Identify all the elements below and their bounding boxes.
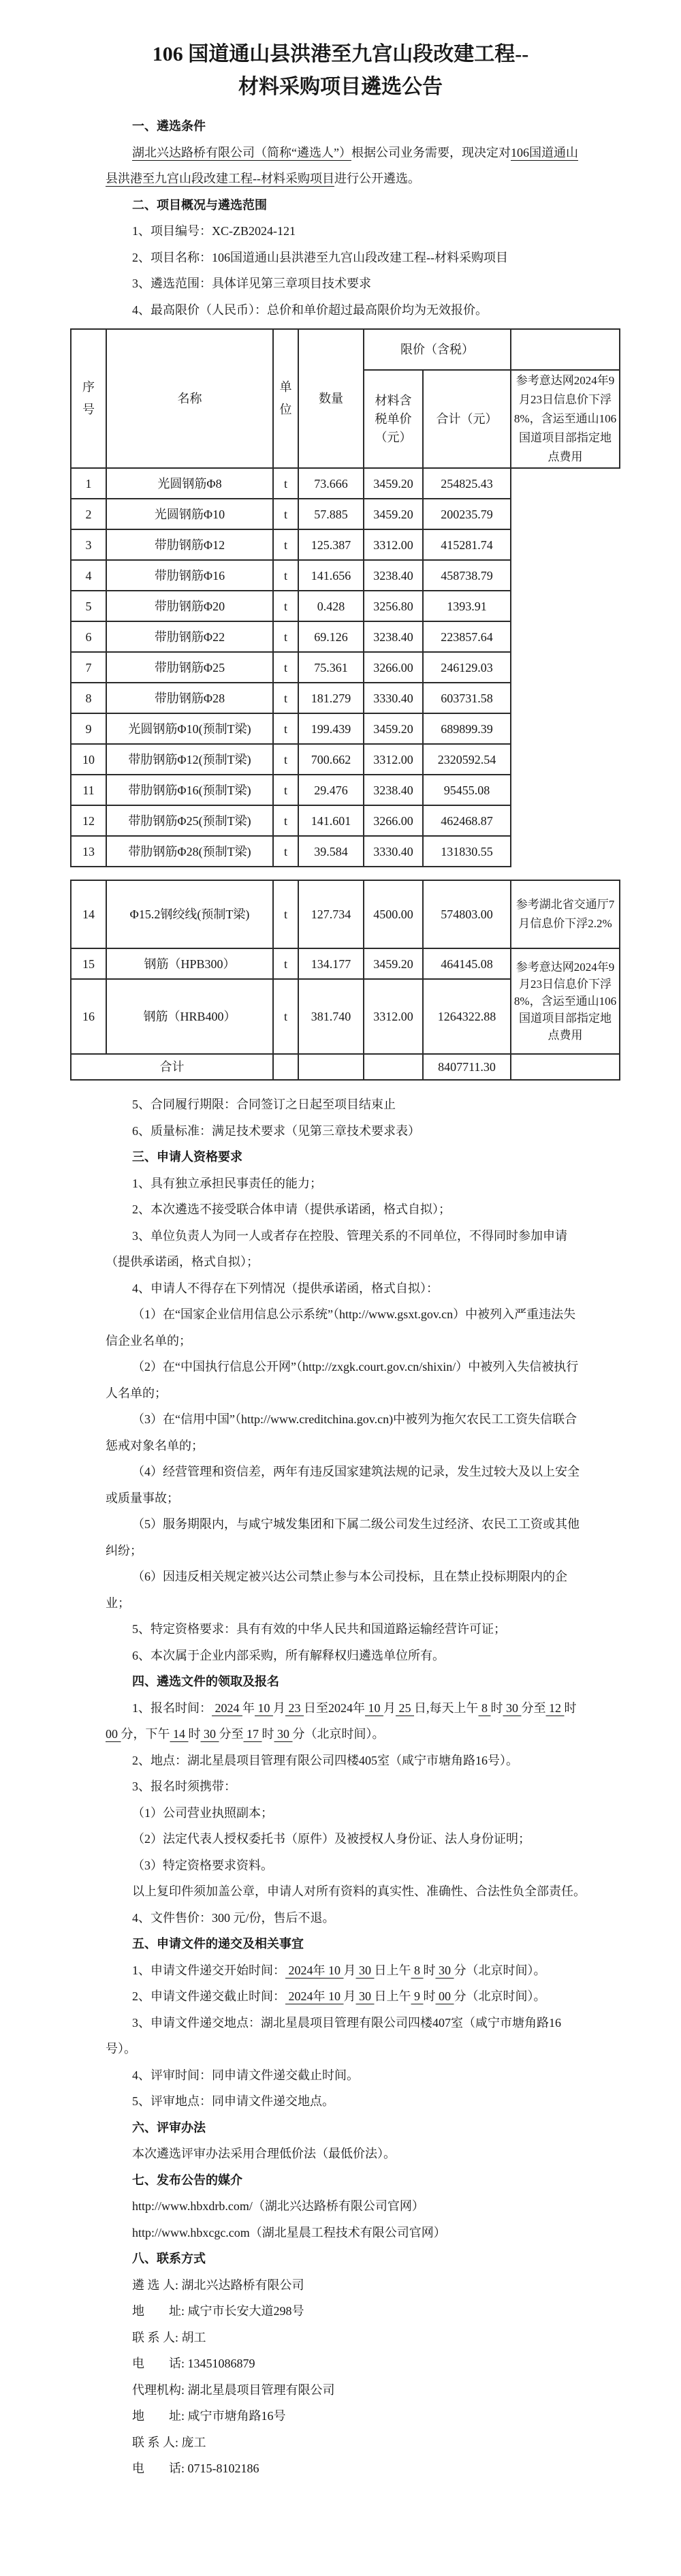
serial-cell: 6 (71, 621, 106, 652)
unit-cell: t (273, 468, 298, 499)
total-cell: 246129.03 (423, 652, 511, 683)
unit-price-cell: 4500.00 (364, 880, 423, 948)
text-run: 一、遴选条件 (132, 119, 206, 133)
total-cell: 95455.08 (423, 775, 511, 805)
serial-cell: 14 (71, 880, 106, 948)
text-run: 日至2024年 (304, 1701, 365, 1715)
header-unit-price-label: 材料含税单价（元） (374, 392, 413, 447)
total-cell: 689899.39 (423, 713, 511, 744)
underlined-text: 10 (255, 1701, 273, 1715)
paragraph: http://www.hbxcgc.com（湖北星晨工程技术有限公司官网） (106, 2220, 586, 2246)
paragraph: （1）公司营业执照副本； (106, 1800, 586, 1827)
total-cell: 574803.00 (423, 880, 511, 948)
paragraph: （1）在“国家企业信用信息公示系统”（http://www.gsxt.gov.c… (106, 1301, 586, 1354)
text-run: 3、申请文件递交地点：湖北星晨项目管理有限公司四楼407室（咸宁市塘角路16号）… (106, 2016, 561, 2056)
total-cell: 415281.74 (423, 529, 511, 560)
text-run: 本次遴选评审办法采用合理低价法（最低价法）。 (132, 2147, 396, 2160)
paragraph: 遴 选 人: 湖北兴达路桥有限公司 (106, 2272, 586, 2299)
table-row: 13带肋钢筋Φ28(预制T梁)t39.5843330.40131830.55 (71, 836, 620, 867)
name-cell: 钢筋（HRB400） (106, 979, 273, 1054)
text-run: 1、申请文件递交开始时间： (132, 1964, 285, 1977)
text-run: 日,每天上午 (414, 1701, 479, 1715)
text-run: 地 址: 咸宁市塘角路16号 (132, 2409, 286, 2423)
underlined-text: 25 (396, 1701, 414, 1715)
total-cell: 1393.91 (423, 591, 511, 621)
text-run: （4）经营管理和资信差，两年有违反国家建筑法规的记录，发生过较大及以上安全或质量… (106, 1465, 580, 1505)
table-row: 11带肋钢筋Φ16(预制T梁)t29.4763238.4095455.08 (71, 775, 620, 805)
section-heading: 六、评审办法 (106, 2115, 586, 2141)
text-run: 6、本次属于企业内部采购，所有解释权归遴选单位所有。 (132, 1649, 445, 1662)
text-run: （6）因违反相关规定被兴达公司禁止参与本公司投标，且在禁止投标期限内的企业； (106, 1570, 567, 1610)
text-run: 时 (189, 1727, 201, 1741)
underlined-text: 10 (365, 1701, 383, 1715)
name-cell: 带肋钢筋Φ25 (106, 652, 273, 683)
paragraph: 3、单位负责人为同一人或者存在控股、管理关系的不同单位，不得同时参加申请（提供承… (106, 1223, 586, 1275)
text-run: 八、联系方式 (132, 2252, 206, 2265)
qty-cell: 141.656 (298, 560, 364, 591)
name-cell: 带肋钢筋Φ25(预制T梁) (106, 805, 273, 836)
text-run: 4、申请人不得存在下列情况（提供承诺函，格式自拟）： (132, 1282, 439, 1295)
header-serial: 序号 (71, 329, 106, 468)
name-cell: 带肋钢筋Φ28(预制T梁) (106, 836, 273, 867)
text-run: 4、评审时间：同申请文件递交截止时间。 (132, 2068, 359, 2082)
name-cell: 带肋钢筋Φ16(预制T梁) (106, 775, 273, 805)
paragraph: 2、本次遴选不接受联合体申请（提供承诺函，格式自拟）； (106, 1196, 586, 1223)
text-run: 日上午 (375, 1989, 411, 2003)
unit-cell: t (273, 713, 298, 744)
paragraph: （6）因违反相关规定被兴达公司禁止参与本公司投标，且在禁止投标期限内的企业； (106, 1564, 586, 1616)
serial-cell: 5 (71, 591, 106, 621)
text-run: 时 (565, 1701, 577, 1715)
price-table-part2: 14Φ15.2钢绞线(预制T梁)t127.7344500.00574803.00… (70, 880, 620, 1081)
text-run: 4、文件售价：300 元/份，售后不退。 (132, 1911, 335, 1925)
text-run: （5）服务期限内，与咸宁城发集团和下属二级公司发生过经济、农民工工资或其他纠纷； (106, 1517, 580, 1557)
header-qty: 数量 (298, 329, 364, 468)
paragraph: http://www.hbxdrb.com/（湖北兴达路桥有限公司官网） (106, 2193, 586, 2220)
header-total: 合计（元） (423, 370, 511, 468)
paragraph: 4、最高限价（人民币）：总价和单价超过最高限价均为无效报价。 (106, 297, 586, 324)
name-cell: 光圆钢筋Φ8 (106, 468, 273, 499)
paragraph: 电 话: 0715-8102186 (106, 2455, 586, 2482)
unit-cell (273, 1054, 298, 1080)
name-cell: 光圆钢筋Φ10 (106, 499, 273, 529)
paragraph: （2）在“中国执行信息公开网”（http://zxgk.court.gov.cn… (106, 1354, 586, 1406)
paragraph: 地 址: 咸宁市塘角路16号 (106, 2403, 586, 2430)
paragraph: （3）在“信用中国”（http://www.creditchina.gov.cn… (106, 1406, 586, 1459)
underlined-text: 8 (479, 1701, 491, 1715)
text-run: 联 系 人: 胡工 (132, 2331, 206, 2344)
section-heading: 五、申请文件的递交及相关事宜 (106, 1931, 586, 1957)
serial-cell: 9 (71, 713, 106, 744)
qty-cell: 700.662 (298, 744, 364, 775)
serial-cell: 15 (71, 948, 106, 979)
header-unit-label: 单位 (278, 376, 294, 421)
qty-cell: 141.601 (298, 805, 364, 836)
underlined-text: 30 (356, 1964, 375, 1977)
text-run: 1、报名时间： (132, 1701, 212, 1715)
text-run: 月 (273, 1701, 285, 1715)
paragraph: 本次遴选评审办法采用合理低价法（最低价法）。 (106, 2141, 586, 2167)
name-cell: Φ15.2钢绞线(预制T梁) (106, 880, 273, 948)
underlined-text: 湖北兴达路桥有限公司（简称“遴选人”） (132, 146, 351, 159)
paragraph: 3、遴选范围：具体详见第三章项目技术要求 (106, 270, 586, 297)
underlined-text: 23 (285, 1701, 304, 1715)
unit-cell: t (273, 529, 298, 560)
unit-cell: t (273, 775, 298, 805)
text-run: 分（北京时间）。 (293, 1727, 385, 1741)
name-cell: 带肋钢筋Φ12 (106, 529, 273, 560)
text-run: 代理机构: 湖北星晨项目管理有限公司 (132, 2383, 335, 2397)
serial-cell: 3 (71, 529, 106, 560)
unit-cell: t (273, 560, 298, 591)
text-run: 2、地点：湖北星晨项目管理有限公司四楼405室（咸宁市塘角路16号）。 (132, 1754, 518, 1767)
document-title-line-2: 材料采购项目遴选公告 (0, 71, 681, 104)
unit-cell: t (273, 683, 298, 713)
text-run: 1、具有独立承担民事责任的能力； (132, 1177, 322, 1190)
total-cell: 462468.87 (423, 805, 511, 836)
header-unit-price: 材料含税单价（元） (364, 370, 423, 468)
serial-cell: 2 (71, 499, 106, 529)
name-cell: 带肋钢筋Φ20 (106, 591, 273, 621)
serial-cell: 4 (71, 560, 106, 591)
text-run: 根据公司业务需要，现决定对 (351, 146, 511, 159)
text-run: （1）在“国家企业信用信息公示系统”（http://www.gsxt.gov.c… (106, 1307, 575, 1348)
table-row: 2光圆钢筋Φ10t57.8853459.20200235.79 (71, 499, 620, 529)
text-run: 二、项目概况与遴选范围 (132, 198, 267, 212)
paragraph: （4）经营管理和资信差，两年有违反国家建筑法规的记录，发生过较大及以上安全或质量… (106, 1459, 586, 1511)
qty-cell: 381.740 (298, 979, 364, 1054)
underlined-text: 30 (356, 1989, 375, 2003)
text-run: 5、评审地点：同申请文件递交地点。 (132, 2094, 334, 2108)
section-heading: 七、发布公告的媒介 (106, 2167, 586, 2194)
serial-cell: 7 (71, 652, 106, 683)
unit-price-cell: 3459.20 (364, 948, 423, 979)
remark-note-rows15-16: 参考意达网2024年9月23日信息价下浮8%，含运至通山106国道项目部指定地点… (511, 948, 620, 1054)
unit-price-cell: 3312.00 (364, 744, 423, 775)
underlined-text: 2024年 (285, 1964, 326, 1977)
text-run: 2、项目名称：106国道通山县洪港至九宫山段改建工程--材料采购项目 (132, 251, 508, 264)
text-run: 地 址: 咸宁市长安大道298号 (132, 2304, 304, 2318)
unit-price-cell: 3459.20 (364, 468, 423, 499)
text-run: 时 (424, 1964, 436, 1977)
text-run: 分（北京时间）。 (454, 1964, 546, 1977)
underlined-text: 17 (244, 1727, 262, 1741)
total-cell: 254825.43 (423, 468, 511, 499)
text-run: （2）在“中国执行信息公开网”（http://zxgk.court.gov.cn… (106, 1360, 578, 1400)
qty-cell: 134.177 (298, 948, 364, 979)
qty-cell: 181.279 (298, 683, 364, 713)
header-serial-label: 序号 (80, 376, 96, 421)
section-heading: 四、遴选文件的领取及报名 (106, 1669, 586, 1695)
table-row: 8带肋钢筋Φ28t181.2793330.40603731.58 (71, 683, 620, 713)
unit-price-cell: 3459.20 (364, 713, 423, 744)
qty-cell: 125.387 (298, 529, 364, 560)
header-unit: 单位 (273, 329, 298, 468)
table-row: 15钢筋（HPB300）t134.1773459.20464145.08参考意达… (71, 948, 620, 979)
paragraph: 4、评审时间：同申请文件递交截止时间。 (106, 2062, 586, 2089)
serial-cell: 10 (71, 744, 106, 775)
qty-cell: 39.584 (298, 836, 364, 867)
serial-cell: 11 (71, 775, 106, 805)
qty-cell: 0.428 (298, 591, 364, 621)
table-row: 9光圆钢筋Φ10(预制T梁)t199.4393459.20689899.39 (71, 713, 620, 744)
unit-price-cell: 3459.20 (364, 499, 423, 529)
paragraph: 2、地点：湖北星晨项目管理有限公司四楼405室（咸宁市塘角路16号）。 (106, 1748, 586, 1774)
remark-note-row14: 参考湖北省交通厅7月信息价下浮2.2% (511, 880, 620, 948)
name-cell: 带肋钢筋Φ16 (106, 560, 273, 591)
text-run: （3）特定资格要求资料。 (132, 1859, 273, 1872)
header-name: 名称 (106, 329, 273, 468)
text-run: 5、合同履行期限：合同签订之日起至项目结束止 (132, 1098, 396, 1111)
text-run: http://www.hbxdrb.com/（湖北兴达路桥有限公司官网） (132, 2199, 424, 2213)
document-title: 106 国道通山县洪港至九宫山段改建工程-- 材料采购项目遴选公告 (0, 38, 681, 104)
text-run: 2、申请文件递交截止时间： (132, 1989, 285, 2003)
unit-cell: t (273, 880, 298, 948)
unit-price-cell: 3330.40 (364, 683, 423, 713)
paragraph: 3、申请文件递交地点：湖北星晨项目管理有限公司四楼407室（咸宁市塘角路16号）… (106, 2010, 586, 2062)
paragraph: 联 系 人: 胡工 (106, 2325, 586, 2351)
unit-price-cell: 3238.40 (364, 775, 423, 805)
qty-cell: 73.666 (298, 468, 364, 499)
paragraph: 4、文件售价：300 元/份，售后不退。 (106, 1905, 586, 1931)
unit-cell: t (273, 805, 298, 836)
text-run: 日上午 (375, 1964, 411, 1977)
total-label-cell: 合计 (71, 1054, 273, 1080)
text-run: 时 (262, 1727, 274, 1741)
section-heading: 八、联系方式 (106, 2246, 586, 2272)
header-limit-price-group: 限价（含税） (364, 329, 511, 370)
paragraph: 1、项目编号：XC-ZB2024-121 (106, 218, 586, 245)
table-row: 5带肋钢筋Φ20t0.4283256.801393.91 (71, 591, 620, 621)
unit-price-cell: 3266.00 (364, 805, 423, 836)
unit-price-cell: 3238.40 (364, 560, 423, 591)
underlined-text: 2024 (212, 1701, 242, 1715)
underlined-text: 8 (411, 1964, 424, 1977)
serial-cell: 16 (71, 979, 106, 1054)
paragraph: 4、申请人不得存在下列情况（提供承诺函，格式自拟）： (106, 1275, 586, 1302)
table-row: 4带肋钢筋Φ16t141.6563238.40458738.79 (71, 560, 620, 591)
text-run: 六、评审办法 (132, 2121, 206, 2135)
paragraph: 3、报名时须携带： (106, 1773, 586, 1800)
text-run: 分，下午 (121, 1727, 170, 1741)
unit-price-cell: 3312.00 (364, 979, 423, 1054)
text-run: 电 话: 0715-8102186 (132, 2462, 259, 2475)
underlined-text: 9 (411, 1989, 424, 2003)
text-run: 电 话: 13451086879 (132, 2357, 255, 2370)
total-cell: 1264322.88 (423, 979, 511, 1054)
document-body-top: 一、遴选条件湖北兴达路桥有限公司（简称“遴选人”）根据公司业务需要，现决定对10… (106, 113, 586, 323)
paragraph: 1、具有独立承担民事责任的能力； (106, 1170, 586, 1197)
underlined-text: 12 (546, 1701, 565, 1715)
underlined-text: 30 (201, 1727, 219, 1741)
paragraph: 2、项目名称：106国道通山县洪港至九宫山段改建工程--材料采购项目 (106, 245, 586, 271)
text-run: 3、单位负责人为同一人或者存在控股、管理关系的不同单位，不得同时参加申请（提供承… (106, 1229, 567, 1269)
paragraph: 代理机构: 湖北星晨项目管理有限公司 (106, 2377, 586, 2404)
text-run: 七、发布公告的媒介 (132, 2173, 242, 2187)
paragraph: 电 话: 13451086879 (106, 2350, 586, 2377)
grand-total-cell: 8407711.30 (423, 1054, 511, 1080)
unit-price-cell: 3256.80 (364, 591, 423, 621)
text-run: 分（北京时间）。 (454, 1989, 546, 2003)
table-row: 12带肋钢筋Φ25(预制T梁)t141.6013266.00462468.87 (71, 805, 620, 836)
section-heading: 二、项目概况与遴选范围 (106, 192, 586, 219)
total-cell: 458738.79 (423, 560, 511, 591)
text-run: 四、遴选文件的领取及报名 (132, 1675, 279, 1688)
unit-cell: t (273, 836, 298, 867)
table-row: 14Φ15.2钢绞线(预制T梁)t127.7344500.00574803.00… (71, 880, 620, 948)
underlined-text: 30 (274, 1727, 293, 1741)
underlined-text: 10 (326, 1989, 344, 2003)
text-run: 遴 选 人: 湖北兴达路桥有限公司 (132, 2278, 304, 2292)
name-cell: 光圆钢筋Φ10(预制T梁) (106, 713, 273, 744)
text-run: http://www.hbxcgc.com（湖北星晨工程技术有限公司官网） (132, 2226, 446, 2239)
text-run: 时 (424, 1989, 436, 2003)
qty-cell: 199.439 (298, 713, 364, 744)
section-heading: 三、申请人资格要求 (106, 1144, 586, 1170)
document-title-line-1: 106 国道通山县洪港至九宫山段改建工程-- (0, 38, 681, 71)
text-run: 分至 (219, 1727, 244, 1741)
paragraph: 6、质量标准：满足技术要求（见第三章技术要求表） (106, 1118, 586, 1145)
text-run: 月 (383, 1701, 396, 1715)
paragraph: 5、特定资格要求：具有有效的中华人民共和国道路运输经营许可证； (106, 1616, 586, 1643)
name-cell: 带肋钢筋Φ28 (106, 683, 273, 713)
text-run: 进行公开遴选。 (334, 172, 420, 185)
text-run: 时 (491, 1701, 503, 1715)
unit-cell: t (273, 621, 298, 652)
serial-cell: 1 (71, 468, 106, 499)
underlined-text: 14 (170, 1727, 189, 1741)
paragraph: 1、申请文件递交开始时间： 2024年 10 月 30 日上午 8 时 30 分… (106, 1957, 586, 1984)
text-run: 三、申请人资格要求 (132, 1150, 242, 1164)
text-run: （3）在“信用中国”（http://www.creditchina.gov.cn… (106, 1412, 577, 1453)
serial-cell: 12 (71, 805, 106, 836)
text-run: （1）公司营业执照副本； (132, 1806, 273, 1820)
paragraph: （3）特定资格要求资料。 (106, 1852, 586, 1879)
paragraph: 2、申请文件递交截止时间： 2024年 10 月 30 日上午 9 时 00 分… (106, 1983, 586, 2010)
qty-cell: 57.885 (298, 499, 364, 529)
text-run: 6、质量标准：满足技术要求（见第三章技术要求表） (132, 1124, 420, 1138)
table-row: 7带肋钢筋Φ25t75.3613266.00246129.03 (71, 652, 620, 683)
total-cell: 464145.08 (423, 948, 511, 979)
paragraph: 以上复印件须加盖公章，申请人对所有资料的真实性、准确性、合法性负全部责任。 (106, 1878, 586, 1905)
qty-cell: 29.476 (298, 775, 364, 805)
unit-price-cell: 3312.00 (364, 529, 423, 560)
text-run: 月 (344, 1964, 356, 1977)
text-run: 4、最高限价（人民币）：总价和单价超过最高限价均为无效报价。 (132, 303, 488, 317)
unit-cell: t (273, 979, 298, 1054)
serial-cell: 8 (71, 683, 106, 713)
qty-cell: 75.361 (298, 652, 364, 683)
total-row: 合计8407711.30 (71, 1054, 620, 1080)
qty-cell: 69.126 (298, 621, 364, 652)
remark-cell (511, 1054, 620, 1080)
text-run: 以上复印件须加盖公章，申请人对所有资料的真实性、准确性、合法性负全部责任。 (132, 1884, 586, 1898)
underlined-text: 10 (326, 1964, 344, 1977)
unit-cell: t (273, 948, 298, 979)
paragraph: （2）法定代表人授权委托书（原件）及被授权人身份证、法人身份证明； (106, 1826, 586, 1852)
table-row: 3带肋钢筋Φ12t125.3873312.00415281.74 (71, 529, 620, 560)
total-cell: 200235.79 (423, 499, 511, 529)
section-heading: 一、遴选条件 (106, 113, 586, 140)
text-run: （2）法定代表人授权委托书（原件）及被授权人身份证、法人身份证明； (132, 1832, 530, 1846)
underlined-text: 2024年 (285, 1989, 326, 2003)
serial-cell: 13 (71, 836, 106, 867)
table-row: 1光圆钢筋Φ8t73.6663459.20254825.43 (71, 468, 620, 499)
text-run: 5、特定资格要求：具有有效的中华人民共和国道路运输经营许可证； (132, 1622, 506, 1636)
paragraph: 6、本次属于企业内部采购，所有解释权归遴选单位所有。 (106, 1643, 586, 1669)
unit-cell: t (273, 652, 298, 683)
text-run: 1、项目编号：XC-ZB2024-121 (132, 224, 296, 238)
text-run: 3、报名时须携带： (132, 1780, 236, 1793)
text-run: 2、本次遴选不接受联合体申请（提供承诺函，格式自拟）； (132, 1202, 451, 1216)
underlined-text: 30 (503, 1701, 522, 1715)
paragraph: 湖北兴达路桥有限公司（简称“遴选人”）根据公司业务需要，现决定对106国道通山县… (106, 140, 586, 192)
table-row: 10带肋钢筋Φ12(预制T梁)t700.6623312.002320592.54 (71, 744, 620, 775)
text-run: 五、申请文件的递交及相关事宜 (132, 1937, 304, 1951)
text-run: 年 (242, 1701, 255, 1715)
text-run: 3、遴选范围：具体详见第三章项目技术要求 (132, 277, 371, 290)
announcement-document: 106 国道通山县洪港至九宫山段改建工程-- 材料采购项目遴选公告 一、遴选条件… (0, 0, 681, 2530)
name-cell: 带肋钢筋Φ12(预制T梁) (106, 744, 273, 775)
underlined-text: 00 (436, 1989, 454, 2003)
remark-note-part1: 参考意达网2024年9月23日信息价下浮8%，含运至通山106国道项目部指定地点… (511, 370, 620, 468)
underlined-text: 30 (436, 1964, 454, 1977)
total-cell: 603731.58 (423, 683, 511, 713)
underlined-text: 00 (106, 1727, 121, 1741)
paragraph: 地 址: 咸宁市长安大道298号 (106, 2298, 586, 2325)
header-remark (511, 329, 620, 370)
unit-cell: t (273, 744, 298, 775)
unit-price-cell: 3266.00 (364, 652, 423, 683)
text-run: 分至 (522, 1701, 546, 1715)
paragraph: 5、合同履行期限：合同签订之日起至项目结束止 (106, 1091, 586, 1118)
total-cell: 2320592.54 (423, 744, 511, 775)
text-run: 联 系 人: 庞工 (132, 2436, 206, 2449)
unit-price-cell: 3330.40 (364, 836, 423, 867)
name-cell: 带肋钢筋Φ22 (106, 621, 273, 652)
paragraph: 1、报名时间： 2024 年 10 月 23 日至2024年 10 月 25 日… (106, 1695, 586, 1748)
paragraph: 5、评审地点：同申请文件递交地点。 (106, 2088, 586, 2115)
total-cell: 223857.64 (423, 621, 511, 652)
unit-price-cell: 3238.40 (364, 621, 423, 652)
table-row: 6带肋钢筋Φ22t69.1263238.40223857.64 (71, 621, 620, 652)
text-run: 月 (344, 1989, 356, 2003)
unit-cell: t (273, 499, 298, 529)
document-body-bottom: 5、合同履行期限：合同签订之日起至项目结束止6、质量标准：满足技术要求（见第三章… (106, 1091, 586, 2482)
price-table-part1: 序号 名称 单位 数量 限价（含税） 材料含税单价（元） 合计（元） 参考意达网… (70, 328, 620, 867)
unit-cell: t (273, 591, 298, 621)
paragraph: 联 系 人: 庞工 (106, 2430, 586, 2456)
paragraph: （5）服务期限内，与咸宁城发集团和下属二级公司发生过经济、农民工工资或其他纠纷； (106, 1511, 586, 1564)
unit-price-cell (364, 1054, 423, 1080)
name-cell: 钢筋（HPB300） (106, 948, 273, 979)
qty-cell (298, 1054, 364, 1080)
qty-cell: 127.734 (298, 880, 364, 948)
total-cell: 131830.55 (423, 836, 511, 867)
